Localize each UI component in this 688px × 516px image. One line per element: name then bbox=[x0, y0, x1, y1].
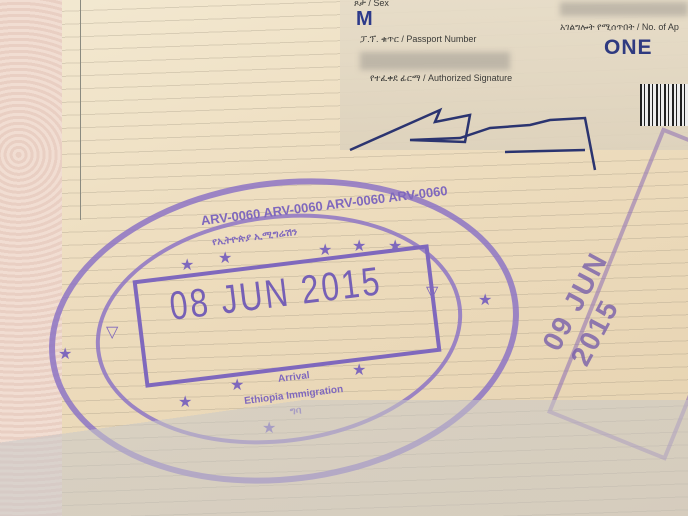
redacted-passport-number bbox=[360, 52, 510, 70]
redacted-field bbox=[560, 2, 688, 16]
page-margin-rule bbox=[80, 0, 81, 220]
handwritten-signature bbox=[340, 80, 620, 180]
star-icon: ★ bbox=[180, 255, 194, 275]
barcode bbox=[640, 84, 688, 126]
passport-number-label: ፓ.ፕ. ቁጥር / Passport Number bbox=[360, 34, 476, 45]
star-icon: ★ bbox=[352, 360, 366, 380]
page-fold-shadow bbox=[0, 400, 688, 516]
passport-photo: ጾታ / Sex M ፓ.ፕ. ቁጥር / Passport Number አገ… bbox=[0, 0, 688, 516]
sex-value: M bbox=[356, 8, 373, 31]
no-of-applications-label: አገልግሎት የሚሰጥበት / No. of Ap bbox=[560, 22, 679, 33]
star-icon: ★ bbox=[218, 248, 232, 268]
star-icon: ★ bbox=[230, 375, 244, 395]
star-icon: ★ bbox=[58, 344, 72, 364]
no-of-applications-value: ONE bbox=[604, 36, 653, 60]
triangle-icon: ▽ bbox=[106, 322, 118, 342]
star-icon: ★ bbox=[478, 290, 492, 310]
